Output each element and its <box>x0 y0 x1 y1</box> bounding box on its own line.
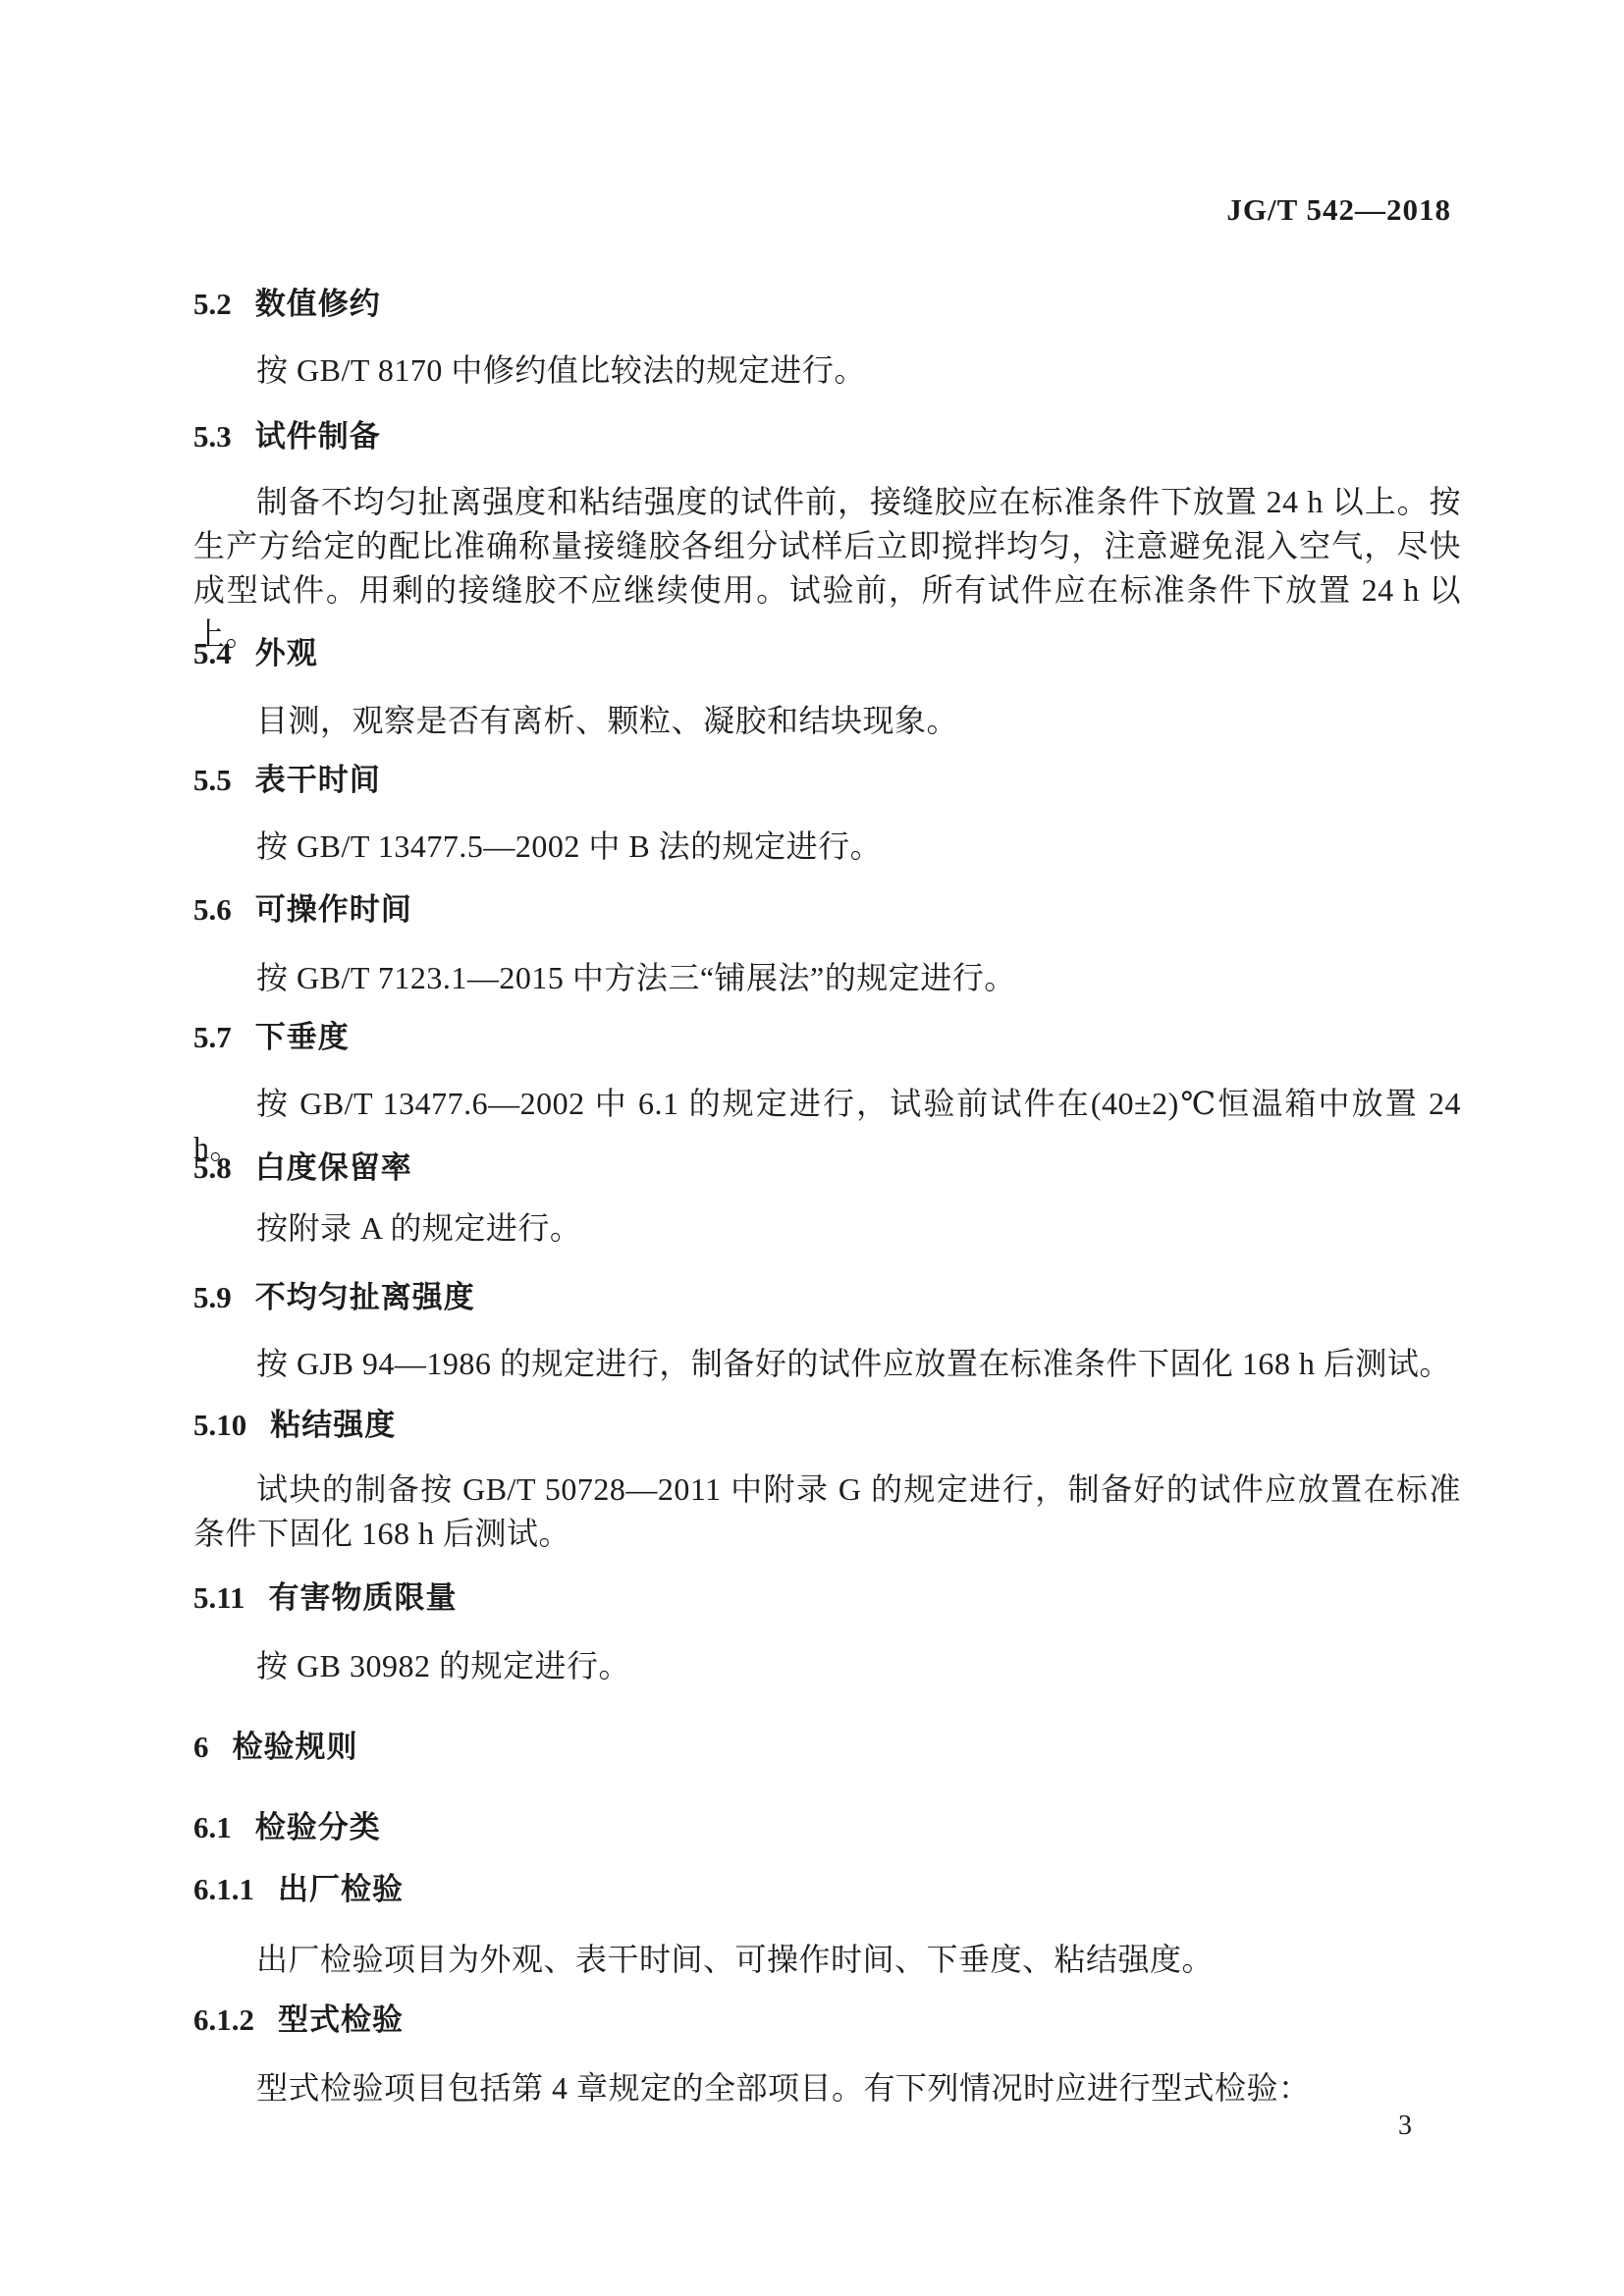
chapter-heading-6: 6检验规则 <box>193 1730 1461 1765</box>
section-title: 数值修约 <box>255 287 381 321</box>
section-title: 可操作时间 <box>255 892 412 927</box>
section-number: 5.4 <box>193 636 232 671</box>
section-number: 5.11 <box>193 1580 245 1616</box>
section-body-5-9: 按 GJB 94—1986 的规定进行，制备好的试件应放置在标准条件下固化 16… <box>193 1342 1461 1386</box>
section-number: 5.5 <box>193 763 232 798</box>
section-number: 6.1.1 <box>193 1872 254 1907</box>
document-code-header: JG/T 542—2018 <box>193 192 1461 228</box>
section-title: 型式检验 <box>278 2002 404 2037</box>
section-title: 检验分类 <box>255 1810 381 1844</box>
section-heading-5-9: 5.9不均匀扯离强度 <box>193 1280 1461 1315</box>
section-number: 5.2 <box>193 287 232 322</box>
section-body-5-3: 制备不均匀扯离强度和粘结强度的试件前，接缝胶应在标准条件下放置 24 h 以上。… <box>193 480 1461 657</box>
section-heading-5-8: 5.8白度保留率 <box>193 1150 1461 1186</box>
section-title: 白度保留率 <box>255 1150 412 1185</box>
section-heading-5-3: 5.3试件制备 <box>193 419 1461 454</box>
section-number: 6.1 <box>193 1810 232 1845</box>
document-page: JG/T 542—2018 5.2数值修约 按 GB/T 8170 中修约值比较… <box>0 0 1624 2296</box>
section-title: 出厂检验 <box>278 1872 404 1906</box>
section-body-6-1-1: 出厂检验项目为外观、表干时间、可操作时间、下垂度、粘结强度。 <box>193 1938 1461 1982</box>
section-body-5-11: 按 GB 30982 的规定进行。 <box>193 1644 1461 1688</box>
section-title: 外观 <box>255 636 318 670</box>
section-body-5-10: 试块的制备按 GB/T 50728—2011 中附录 G 的规定进行，制备好的试… <box>193 1468 1461 1556</box>
section-heading-5-2: 5.2数值修约 <box>193 287 1461 322</box>
section-heading-6-1-1: 6.1.1出厂检验 <box>193 1872 1461 1907</box>
section-body-5-2: 按 GB/T 8170 中修约值比较法的规定进行。 <box>193 348 1461 393</box>
section-title: 试件制备 <box>255 419 381 454</box>
section-body-5-6: 按 GB/T 7123.1—2015 中方法三“铺展法”的规定进行。 <box>193 956 1461 1000</box>
section-title: 检验规则 <box>233 1730 358 1764</box>
section-title: 下垂度 <box>255 1020 350 1054</box>
section-number: 5.3 <box>193 419 232 454</box>
section-body-6-1-2: 型式检验项目包括第 4 章规定的全部项目。有下列情况时应进行型式检验： <box>193 2066 1461 2110</box>
section-body-5-4: 目测，观察是否有离析、颗粒、凝胶和结块现象。 <box>193 699 1461 743</box>
section-heading-5-10: 5.10粘结强度 <box>193 1408 1461 1443</box>
section-title: 表干时间 <box>255 763 381 797</box>
section-body-5-8: 按附录 A 的规定进行。 <box>193 1206 1461 1251</box>
section-number: 6.1.2 <box>193 2002 254 2038</box>
section-title: 不均匀扯离强度 <box>255 1280 475 1314</box>
section-number: 5.6 <box>193 892 232 928</box>
section-number: 6 <box>193 1730 209 1765</box>
section-heading-5-7: 5.7下垂度 <box>193 1020 1461 1055</box>
section-heading-5-4: 5.4外观 <box>193 636 1461 671</box>
section-number: 5.9 <box>193 1280 232 1315</box>
section-heading-6-1-2: 6.1.2型式检验 <box>193 2002 1461 2038</box>
section-heading-5-5: 5.5表干时间 <box>193 763 1461 798</box>
section-heading-5-11: 5.11有害物质限量 <box>193 1580 1461 1616</box>
page-number: 3 <box>1398 2110 1412 2142</box>
section-title: 粘结强度 <box>270 1408 396 1442</box>
section-body-5-5: 按 GB/T 13477.5—2002 中 B 法的规定进行。 <box>193 825 1461 869</box>
section-number: 5.10 <box>193 1408 246 1443</box>
section-title: 有害物质限量 <box>269 1580 458 1615</box>
section-heading-5-6: 5.6可操作时间 <box>193 892 1461 928</box>
section-heading-6-1: 6.1检验分类 <box>193 1810 1461 1845</box>
section-number: 5.7 <box>193 1020 232 1055</box>
section-number: 5.8 <box>193 1150 232 1186</box>
